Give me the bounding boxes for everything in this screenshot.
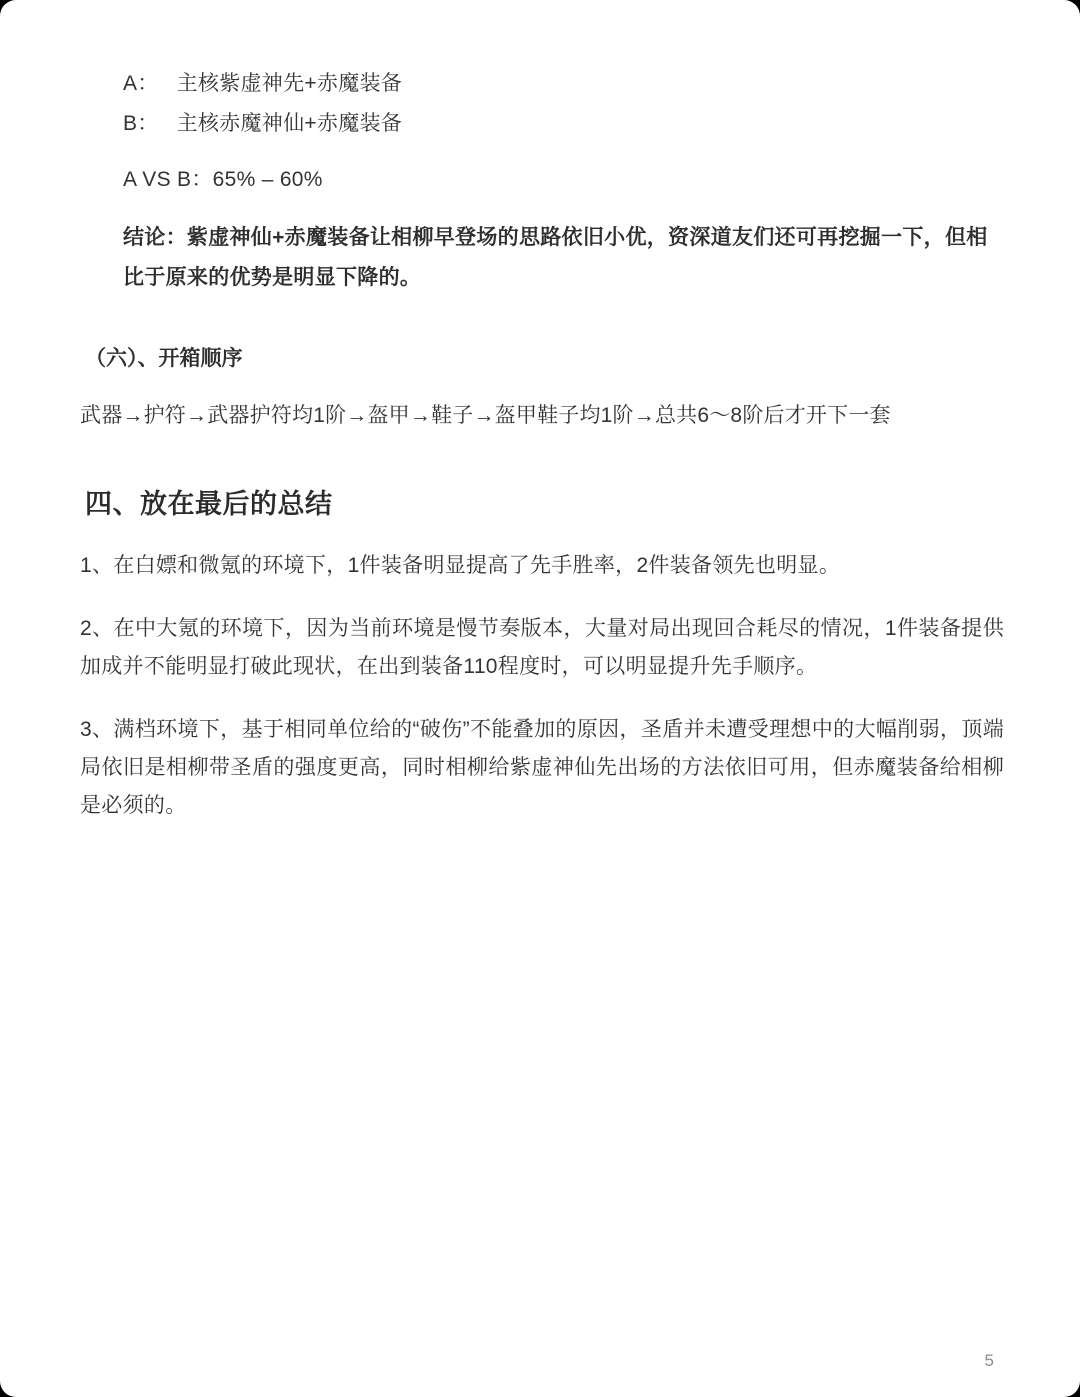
summary-point-2: 2、在中大氪的环境下，因为当前环境是慢节奏版本，大量对局出现回合耗尽的情况，1件…	[80, 610, 1004, 686]
option-a-text: 主核紫虚神先+赤魔装备	[177, 72, 403, 95]
page-surface: A：主核紫虚神先+赤魔装备 B：主核赤魔神仙+赤魔装备 A VS B：65% –…	[0, 0, 1080, 1397]
summary-point-3: 3、满档环境下，基于相同单位给的“破伤”不能叠加的原因，圣盾并未遭受理想中的大幅…	[80, 711, 1004, 825]
comparison-block: A：主核紫虚神先+赤魔装备 B：主核赤魔神仙+赤魔装备 A VS B：65% –…	[123, 64, 998, 298]
option-b-label: B：	[123, 112, 159, 135]
option-a-line: A：主核紫虚神先+赤魔装备	[123, 64, 998, 104]
page-number: 5	[985, 1351, 994, 1371]
option-b-text: 主核赤魔神仙+赤魔装备	[177, 112, 403, 135]
conclusion-paragraph: 结论：紫虚神仙+赤魔装备让相柳早登场的思路依旧小优，资深道友们还可再挖掘一下，但…	[123, 218, 998, 298]
summary-point-1: 1、在白嫖和微氪的环境下，1件装备明显提高了先手胜率，2件装备领先也明显。	[80, 547, 1004, 585]
vs-label: A VS B：	[123, 168, 213, 191]
option-a-label: A：	[123, 72, 159, 95]
vs-result-line: A VS B：65% – 60%	[123, 160, 998, 200]
section-four-heading: 四、放在最后的总结	[85, 486, 1000, 522]
section-six-heading: （六）、开箱顺序	[85, 344, 1000, 374]
chest-order-line: 武器→护符→武器护符均1阶→盔甲→鞋子→盔甲鞋子均1阶→总共6～8阶后才开下一套	[80, 398, 1000, 434]
vs-value: 65% – 60%	[213, 168, 323, 191]
option-b-line: B：主核赤魔神仙+赤魔装备	[123, 104, 998, 144]
